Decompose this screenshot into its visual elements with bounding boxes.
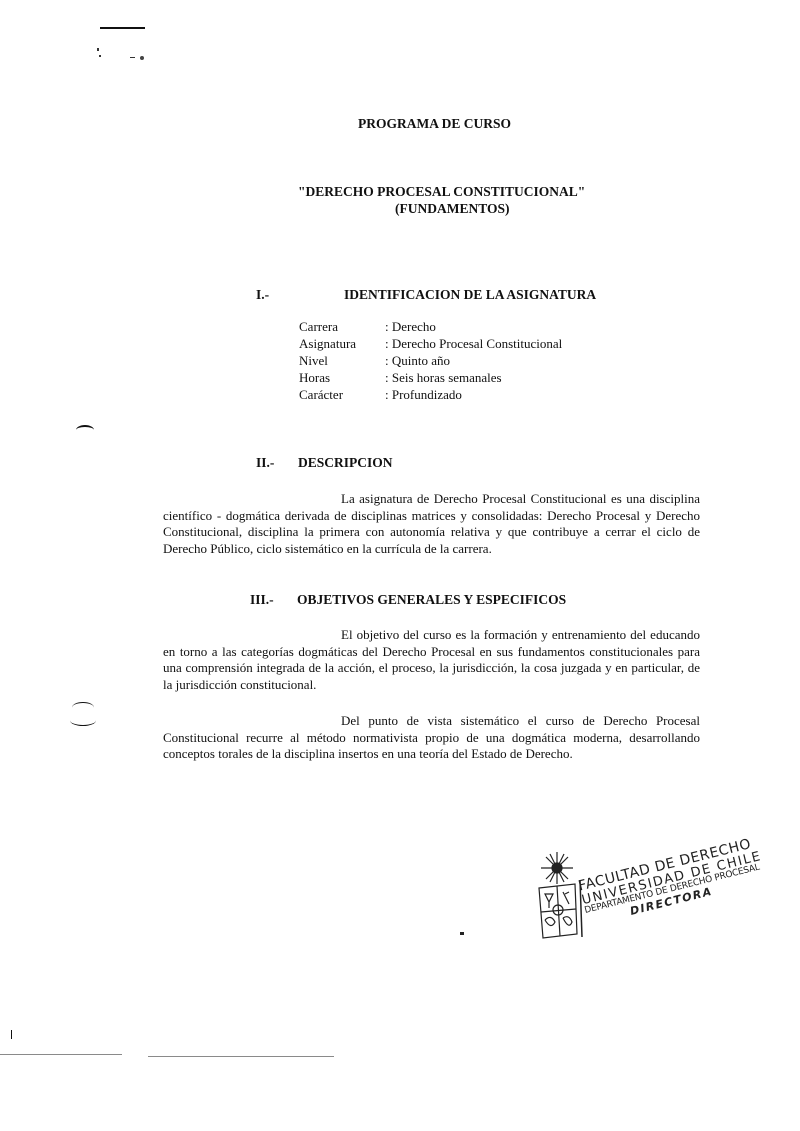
field-row: Horas : Seis horas semanales xyxy=(299,369,562,386)
field-value: : Quinto año xyxy=(385,352,450,369)
objectives-paragraph: El objetivo del curso es la formación y … xyxy=(163,627,700,693)
section-title: OBJETIVOS GENERALES Y ESPECIFICOS xyxy=(297,592,566,608)
section-title: IDENTIFICACION DE LA ASIGNATURA xyxy=(344,287,596,303)
field-label: Horas xyxy=(299,369,385,386)
scan-mark-top xyxy=(100,27,145,29)
scan-speck xyxy=(460,932,464,935)
section-number: II.- xyxy=(256,455,274,471)
course-subtitle: (FUNDAMENTOS) xyxy=(395,201,510,217)
scan-speck xyxy=(99,55,101,57)
punch-hole-mark xyxy=(72,702,94,713)
document-heading: PROGRAMA DE CURSO xyxy=(358,116,511,132)
scan-speck xyxy=(11,1030,12,1039)
field-row: Carrera : Derecho xyxy=(299,318,562,335)
scan-bottom-line xyxy=(0,1054,122,1055)
description-paragraph: La asignatura de Derecho Procesal Consti… xyxy=(163,491,700,557)
scan-speck xyxy=(130,57,135,58)
department-stamp: FACULTAD DE DERECHO UNIVERSIDAD DE CHILE… xyxy=(535,842,785,952)
field-label: Carácter xyxy=(299,386,385,403)
course-title: "DERECHO PROCESAL CONSTITUCIONAL" xyxy=(298,184,585,200)
field-label: Nivel xyxy=(299,352,385,369)
field-value: : Profundizado xyxy=(385,386,462,403)
punch-hole-mark xyxy=(76,425,94,435)
punch-hole-mark xyxy=(70,715,96,726)
scan-speck xyxy=(97,48,99,51)
scan-bottom-line xyxy=(148,1056,334,1057)
field-value: : Derecho Procesal Constitucional xyxy=(385,335,562,352)
field-value: : Seis horas semanales xyxy=(385,369,502,386)
section-title: DESCRIPCION xyxy=(298,455,393,471)
field-label: Asignatura xyxy=(299,335,385,352)
field-row: Carácter : Profundizado xyxy=(299,386,562,403)
section-number: I.- xyxy=(256,287,269,303)
field-row: Asignatura : Derecho Procesal Constituci… xyxy=(299,335,562,352)
scan-speck xyxy=(140,56,144,60)
field-label: Carrera xyxy=(299,318,385,335)
stamp-text: FACULTAD DE DERECHO UNIVERSIDAD DE CHILE… xyxy=(577,835,768,928)
university-coat-of-arms-icon xyxy=(535,842,583,942)
objectives-paragraph: Del punto de vista sistemático el curso … xyxy=(163,713,700,763)
field-row: Nivel : Quinto año xyxy=(299,352,562,369)
section-number: III.- xyxy=(250,592,274,608)
field-value: : Derecho xyxy=(385,318,436,335)
identification-table: Carrera : Derecho Asignatura : Derecho P… xyxy=(299,318,562,403)
